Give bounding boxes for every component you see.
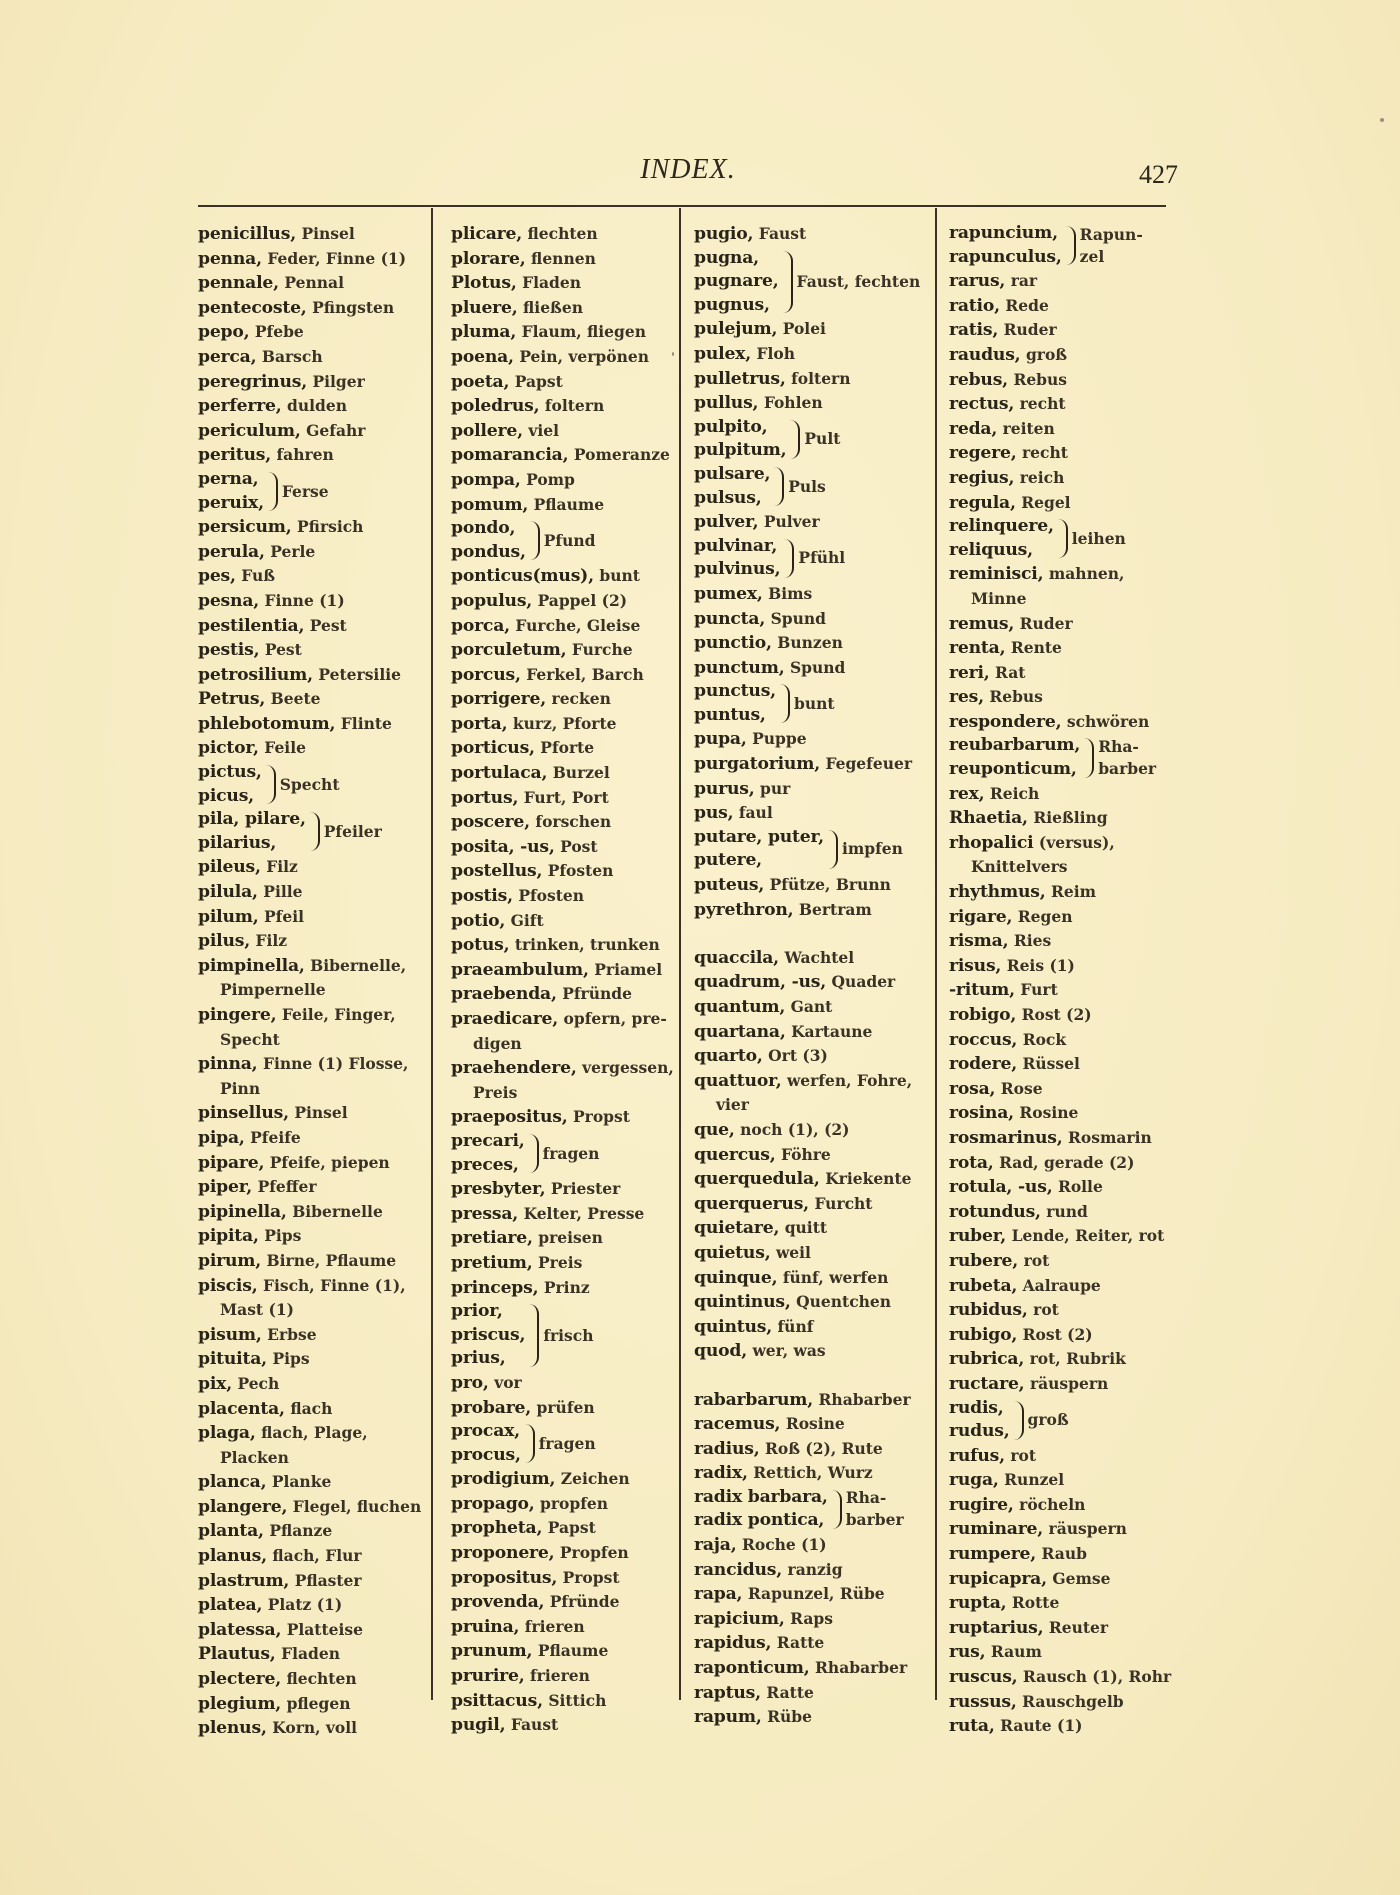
latin-headword: pictor, [198, 738, 259, 758]
index-entry: pepo, Pfebe [198, 320, 431, 345]
index-entry-continuation: Placken [198, 1446, 431, 1471]
index-entry: punctum, Spund [694, 656, 935, 681]
index-entry: pomum, Pflaume [451, 493, 679, 518]
index-entry: pro, vor [451, 1371, 679, 1396]
latin-headword: quantum, [694, 997, 785, 1017]
latin-headword: pictus, [198, 761, 262, 785]
index-entry: remus, Ruder [949, 612, 1168, 637]
german-gloss: Pilger [312, 372, 364, 391]
latin-headword: pugil, [451, 1715, 505, 1735]
latin-headword: risus, [949, 956, 1001, 976]
index-entry: quaccila, Wachtel [694, 946, 935, 971]
gloss-line: impfen [842, 838, 903, 860]
latin-headword: peritus, [198, 445, 271, 465]
headword-list: pulsare,pulsus, [694, 463, 770, 510]
latin-headword: planca, [198, 1472, 266, 1492]
latin-headword: pix, [198, 1374, 232, 1394]
latin-headword: pulejum, [694, 319, 777, 339]
latin-headword: prior, [451, 1300, 525, 1324]
index-entry: rodere, Rüssel [949, 1052, 1168, 1077]
index-entry: rebus, Rebus [949, 368, 1168, 393]
latin-headword: procax, [451, 1420, 521, 1444]
german-gloss: fünf, werfen [783, 1268, 889, 1287]
latin-headword: pullus, [694, 393, 758, 413]
index-entry: purus, pur [694, 777, 935, 802]
index-entry: querquerus, Furcht [694, 1192, 935, 1217]
german-gloss: rot, Rubrik [1030, 1349, 1126, 1368]
german-gloss: Ferkel, Barch [526, 665, 643, 684]
german-gloss: Birne, Pflaume [267, 1251, 397, 1270]
latin-headword: puncta, [694, 609, 765, 629]
index-entry: robigo, Rost (2) [949, 1003, 1168, 1028]
latin-headword: -ritum, [949, 980, 1015, 1000]
latin-headword: postis, [451, 886, 513, 906]
index-entry: plaga, flach, Plage, [198, 1421, 431, 1446]
index-entry: regere, recht [949, 441, 1168, 466]
german-gloss: Rotte [1012, 1593, 1059, 1612]
index-entry: probare, prüfen [451, 1396, 679, 1421]
index-entry: pentecoste, Pfingsten [198, 296, 431, 321]
index-entry: rubigo, Rost (2) [949, 1323, 1168, 1348]
index-entry: regula, Regel [949, 491, 1168, 516]
german-gloss: Rauschgelb [1022, 1692, 1123, 1711]
latin-headword: rosmarinus, [949, 1128, 1063, 1148]
german-gloss: fahren [277, 445, 334, 464]
index-entry: praehendere, vergessen, [451, 1056, 679, 1081]
index-entry: pimpinella, Bibernelle, [198, 954, 431, 979]
latin-headword: poscere, [451, 812, 530, 832]
german-gloss: rot [1024, 1251, 1050, 1270]
headword-list: pugna,pugnare,pugnus, [694, 247, 779, 318]
german-gloss: noch (1), (2) [740, 1120, 849, 1139]
index-entry: respondere, schwören [949, 710, 1168, 735]
latin-headword: pompa, [451, 470, 521, 490]
german-gloss: Faust [759, 224, 806, 243]
index-entry: rufus, rot [949, 1444, 1168, 1469]
german-gloss: groß [1026, 345, 1067, 364]
gloss-line: leihen [1072, 528, 1126, 550]
latin-headword: quinque, [694, 1268, 777, 1288]
german-gloss: Quentchen [796, 1292, 891, 1311]
latin-headword: pinna, [198, 1054, 257, 1074]
index-entry-group: putare, puter,putere,impfen [694, 826, 935, 873]
index-entry: renta, Rente [949, 636, 1168, 661]
german-gloss: digen [473, 1034, 522, 1053]
index-entry: pirum, Birne, Pflaume [198, 1249, 431, 1274]
latin-headword: porcus, [451, 665, 521, 685]
german-gloss: Faust [511, 1715, 558, 1734]
index-entry: propositus, Propst [451, 1566, 679, 1591]
index-entry: pulver, Pulver [694, 510, 935, 535]
latin-headword: precari, [451, 1130, 525, 1154]
latin-headword: pus, [694, 803, 733, 823]
index-entry: piscis, Fisch, Finne (1), [198, 1274, 431, 1299]
latin-headword: plectere, [198, 1669, 281, 1689]
index-entry: plastrum, Pflaster [198, 1569, 431, 1594]
latin-headword: platessa, [198, 1620, 281, 1640]
index-entry-continuation: Pinn [198, 1077, 431, 1102]
german-gloss: Pflaster [295, 1571, 362, 1590]
gloss-line: Puls [788, 476, 826, 498]
index-entry: pesna, Finne (1) [198, 589, 431, 614]
german-gloss: Pflaume [538, 1641, 609, 1660]
latin-headword: porculetum, [451, 640, 566, 660]
latin-headword: populus, [451, 591, 532, 611]
latin-headword: plegium, [198, 1694, 281, 1714]
latin-headword: platea, [198, 1595, 262, 1615]
latin-headword: rosina, [949, 1103, 1014, 1123]
index-entry: prodigium, Zeichen [451, 1467, 679, 1492]
latin-headword: prodigium, [451, 1469, 555, 1489]
german-gloss: Pfund [544, 530, 596, 552]
gloss-line: frisch [543, 1325, 593, 1347]
index-entry-group: reubarbarum,reuponticum,Rha-barber [949, 734, 1168, 781]
german-gloss: Pfründe [550, 1592, 620, 1611]
index-entry: rapicium, Raps [694, 1607, 935, 1632]
index-entry: pinna, Finne (1) Flosse, [198, 1052, 431, 1077]
latin-headword: praepositus, [451, 1107, 568, 1127]
latin-headword: rhopalici [949, 833, 1033, 853]
german-gloss: Rad, gerade (2) [999, 1153, 1134, 1172]
german-gloss: Rübe [767, 1707, 812, 1726]
index-entry: radius, Roß (2), Rute [694, 1437, 935, 1462]
latin-headword: perferre, [198, 396, 282, 416]
german-gloss: fragen [543, 1143, 600, 1165]
german-gloss: Rüssel [1023, 1054, 1080, 1073]
paper-speck [672, 352, 674, 356]
index-entry: pipinella, Bibernelle [198, 1200, 431, 1225]
latin-headword: pipare, [198, 1153, 264, 1173]
latin-headword: perna, [198, 468, 264, 492]
german-gloss: Bibernelle [292, 1202, 383, 1221]
section-gap [694, 922, 935, 946]
latin-headword: proponere, [451, 1543, 554, 1563]
latin-headword: plicare, [451, 224, 522, 244]
index-entry: posita, -us, Post [451, 835, 679, 860]
german-gloss: Reuter [1049, 1618, 1108, 1637]
gloss-line: Pfeiler [324, 821, 382, 843]
latin-headword: pyrethron, [694, 900, 793, 920]
german-gloss: Barsch [262, 347, 323, 366]
german-gloss: bunt [794, 693, 835, 715]
german-gloss: weil [776, 1243, 811, 1262]
latin-headword: porrigere, [451, 689, 546, 709]
latin-headword: punctus, [694, 680, 776, 704]
german-gloss: Pomeranze [574, 445, 670, 464]
german-gloss: Bunzen [777, 633, 843, 652]
german-gloss: Pech [237, 1374, 279, 1393]
latin-headword: pipa, [198, 1128, 245, 1148]
index-entry: raja, Roche (1) [694, 1533, 935, 1558]
latin-headword: pugna, [694, 247, 779, 271]
index-column-3: pugio, Faustpugna,pugnare,pugnus,Faust, … [679, 208, 935, 1700]
index-entry: pilula, Pille [198, 880, 431, 905]
latin-headword: propositus, [451, 1568, 557, 1588]
index-entry: quarto, Ort (3) [694, 1044, 935, 1069]
headword-list: pulvinar,pulvinus, [694, 535, 780, 582]
german-gloss: Ort (3) [768, 1046, 828, 1065]
index-entry: pisum, Erbse [198, 1323, 431, 1348]
german-gloss: Perle [270, 542, 315, 561]
index-entry-continuation: Specht [198, 1028, 431, 1053]
latin-headword: pulvinar, [694, 535, 780, 559]
latin-headword: piscis, [198, 1276, 257, 1296]
latin-headword: rancidus, [694, 1560, 782, 1580]
latin-headword: reliquus, [949, 539, 1054, 563]
german-gloss: Priamel [594, 960, 662, 979]
index-entry: peregrinus, Pilger [198, 370, 431, 395]
index-entry: ruscus, Rausch (1), Rohr [949, 1665, 1168, 1690]
latin-headword: prius, [451, 1347, 525, 1371]
german-gloss: Pflaume [534, 495, 605, 514]
latin-headword: pulpitum, [694, 439, 786, 463]
latin-headword: quattuor, [694, 1071, 781, 1091]
latin-headword: pomarancia, [451, 445, 568, 465]
index-entry: pus, faul [694, 801, 935, 826]
latin-headword: peruix, [198, 492, 264, 516]
german-gloss: Rettich, Wurz [753, 1463, 872, 1482]
index-entry: pes, Fuß [198, 564, 431, 589]
index-entry-group: radix barbara,radix pontica,Rha-barber [694, 1486, 935, 1533]
index-entry: rotundus, rund [949, 1200, 1168, 1225]
latin-headword: pirum, [198, 1251, 261, 1271]
index-entry: ponticus(mus), bunt [451, 564, 679, 589]
latin-headword: rubrica, [949, 1349, 1024, 1369]
german-gloss: Placken [220, 1448, 289, 1467]
german-gloss: Preis [473, 1083, 517, 1102]
german-gloss: Propst [563, 1568, 620, 1587]
german-gloss: recken [552, 689, 611, 708]
latin-headword: rudis, [949, 1397, 1010, 1421]
german-gloss: Rebus [1013, 370, 1067, 389]
german-gloss: Papst [548, 1518, 596, 1537]
index-entry: petrosilium, Petersilie [198, 663, 431, 688]
german-gloss: Ratte [777, 1633, 824, 1652]
latin-headword: pimpinella, [198, 956, 305, 976]
index-entry: rosina, Rosine [949, 1101, 1168, 1126]
index-entry: quercus, Föhre [694, 1143, 935, 1168]
latin-headword: rota, [949, 1153, 994, 1173]
german-gloss: Pest [265, 640, 302, 659]
german-gloss: Rock [1023, 1030, 1066, 1049]
german-gloss: Finne (1) Flosse, [263, 1054, 408, 1073]
german-gloss: Pfütze, Brunn [770, 875, 891, 894]
german-gloss: Specht [280, 774, 340, 796]
german-gloss: frieren [525, 1617, 585, 1636]
german-gloss: Pult [804, 428, 840, 450]
index-entry: porcus, Ferkel, Barch [451, 663, 679, 688]
index-entry: pipita, Pips [198, 1224, 431, 1249]
german-gloss: Roß (2), Rute [765, 1439, 883, 1458]
latin-headword: plaga, [198, 1423, 256, 1443]
latin-headword: rabarbarum, [694, 1390, 813, 1410]
german-gloss: Raute (1) [1000, 1716, 1082, 1735]
german-gloss: quitt [785, 1218, 827, 1237]
index-entry: rhopalici (versus), [949, 831, 1168, 856]
german-gloss: reich [1020, 468, 1065, 487]
index-entry: pupa, Puppe [694, 727, 935, 752]
index-entry: rota, Rad, gerade (2) [949, 1151, 1168, 1176]
german-gloss: schwören [1067, 712, 1149, 731]
brace-icon [1082, 738, 1094, 777]
german-gloss: opfern, pre- [564, 1009, 667, 1028]
german-gloss: flechten [286, 1669, 356, 1688]
brace-icon [772, 467, 784, 506]
latin-headword: ruminare, [949, 1519, 1043, 1539]
index-column-1: penicillus, Pinselpenna, Feder, Finne (1… [198, 208, 431, 1700]
german-gloss: Pennal [284, 273, 344, 292]
index-entry: regius, reich [949, 466, 1168, 491]
latin-headword: pestilentia, [198, 616, 304, 636]
latin-headword: pluma, [451, 322, 516, 342]
german-gloss: Floh [756, 344, 795, 363]
latin-headword: pluere, [451, 298, 518, 318]
german-gloss: Rente [1011, 638, 1062, 657]
headword-list: reubarbarum,reuponticum, [949, 734, 1080, 781]
index-entry: pennale, Pennal [198, 271, 431, 296]
latin-headword: petrosilium, [198, 665, 313, 685]
index-entry: plegium, pflegen [198, 1692, 431, 1717]
latin-headword: ruscus, [949, 1667, 1017, 1687]
latin-headword: ratis, [949, 320, 998, 340]
latin-headword: rapunculus, [949, 246, 1062, 270]
latin-headword: ruptarius, [949, 1618, 1043, 1638]
german-gloss: forschen [535, 812, 611, 831]
index-entry: poledrus, foltern [451, 394, 679, 419]
german-gloss: Reis (1) [1007, 956, 1075, 975]
latin-headword: pondo, [451, 517, 526, 541]
latin-headword: russus, [949, 1692, 1017, 1712]
headword-list: pictus,picus, [198, 761, 262, 808]
latin-headword: radix, [694, 1463, 748, 1483]
index-entry: rubrica, rot, Rubrik [949, 1347, 1168, 1372]
latin-headword: pulletrus, [694, 369, 786, 389]
index-entry: pluere, fließen [451, 296, 679, 321]
latin-headword: purgatorium, [694, 754, 820, 774]
index-entry: prunum, Pflaume [451, 1639, 679, 1664]
index-entry: phlebotomum, Flinte [198, 712, 431, 737]
brace-icon [527, 1134, 539, 1173]
latin-headword: pretiare, [451, 1228, 533, 1248]
index-entry: quintinus, Quentchen [694, 1290, 935, 1315]
german-gloss: Platz (1) [268, 1595, 342, 1614]
index-entry: reda, reiten [949, 417, 1168, 442]
latin-headword: pesna, [198, 591, 259, 611]
german-gloss: mahnen, [1049, 564, 1125, 583]
latin-headword: quod, [694, 1341, 747, 1361]
german-gloss: Filz [256, 931, 288, 950]
gloss-line: Rapun- [1080, 224, 1143, 246]
german-gloss: Wachtel [784, 948, 854, 967]
latin-headword: pugnus, [694, 294, 779, 318]
index-entry: praedicare, opfern, pre- [451, 1007, 679, 1032]
german-gloss: Priester [551, 1179, 621, 1198]
german-gloss: Fladen [281, 1644, 340, 1663]
latin-headword: pulex, [694, 344, 751, 364]
index-entry: rubere, rot [949, 1249, 1168, 1274]
latin-headword: ruta, [949, 1716, 995, 1736]
index-entry: rabarbarum, Rhabarber [694, 1388, 935, 1413]
german-gloss: Furcht [814, 1194, 872, 1213]
latin-headword: Plautus, [198, 1644, 276, 1664]
index-entry: pollere, viel [451, 419, 679, 444]
latin-headword: postellus, [451, 861, 542, 881]
latin-headword: Petrus, [198, 689, 265, 709]
index-entry: pulex, Floh [694, 342, 935, 367]
index-entry: ruber, Lende, Reiter, rot [949, 1224, 1168, 1249]
german-gloss: Aalraupe [1023, 1276, 1101, 1295]
latin-headword: rumpere, [949, 1544, 1036, 1564]
latin-headword: Rhaetia, [949, 808, 1028, 828]
german-gloss: Sittich [548, 1691, 606, 1710]
latin-headword: planus, [198, 1546, 267, 1566]
index-entry: pictor, Feile [198, 736, 431, 761]
index-entry-group: pulvinar,pulvinus,Pfühl [694, 535, 935, 582]
index-entry: quinque, fünf, werfen [694, 1266, 935, 1291]
index-entry: reri, Rat [949, 661, 1168, 686]
german-gloss: Post [560, 837, 597, 856]
german-gloss: Prinz [544, 1278, 590, 1297]
brace-icon [1056, 519, 1068, 558]
headword-list: procax,procus, [451, 1420, 521, 1467]
index-entry: pipare, Pfeife, piepen [198, 1151, 431, 1176]
index-entry-group: pulpito,pulpitum,Pult [694, 416, 935, 463]
german-gloss: preisen [538, 1228, 603, 1247]
index-entry-continuation: vier [694, 1093, 935, 1118]
latin-headword: rodere, [949, 1054, 1017, 1074]
latin-headword: raptus, [694, 1683, 761, 1703]
german-gloss: Quader [832, 972, 896, 991]
index-entry: rumpere, Raub [949, 1542, 1168, 1567]
german-gloss: räuspern [1049, 1519, 1127, 1538]
index-entry: planta, Pflanze [198, 1519, 431, 1544]
latin-headword: putere, [694, 849, 824, 873]
index-entry: quietus, weil [694, 1241, 935, 1266]
german-gloss: leihen [1072, 528, 1126, 550]
german-gloss: Regel [1021, 493, 1070, 512]
index-entry: ructare, räuspern [949, 1372, 1168, 1397]
latin-headword: plastrum, [198, 1571, 289, 1591]
index-entry: peritus, fahren [198, 443, 431, 468]
german-gloss: Feile, Finger, [282, 1005, 396, 1024]
german-gloss: kurz, Pforte [513, 714, 617, 733]
latin-headword: rotundus, [949, 1202, 1041, 1222]
index-entry: placenta, flach [198, 1397, 431, 1422]
german-gloss: Rausch (1), Rohr [1023, 1667, 1171, 1686]
german-gloss: Bertram [799, 900, 872, 919]
german-gloss: Flegel, fluchen [293, 1497, 422, 1516]
index-entry: quadrum, -us, Quader [694, 970, 935, 995]
index-entry-continuation: digen [451, 1032, 679, 1057]
latin-headword: rotula, -us, [949, 1177, 1052, 1197]
german-gloss: fragen [539, 1433, 596, 1455]
index-entry: pituita, Pips [198, 1347, 431, 1372]
german-gloss: Pfründe [562, 984, 632, 1003]
page-number: 427 [1139, 160, 1178, 190]
latin-headword: regula, [949, 493, 1016, 513]
latin-headword: radius, [694, 1439, 760, 1459]
index-entry-group: relinquere,reliquus,leihen [949, 515, 1168, 562]
index-entry: pressa, Kelter, Presse [451, 1202, 679, 1227]
german-gloss: dulden [287, 396, 347, 415]
german-gloss: Kelter, Presse [524, 1204, 645, 1223]
latin-headword: princeps, [451, 1278, 538, 1298]
latin-headword: risma, [949, 931, 1008, 951]
index-entry: rubeta, Aalraupe [949, 1274, 1168, 1299]
german-gloss: Pappel (2) [538, 591, 628, 610]
latin-headword: reubarbarum, [949, 734, 1080, 758]
index-entry: pugio, Faust [694, 222, 935, 247]
